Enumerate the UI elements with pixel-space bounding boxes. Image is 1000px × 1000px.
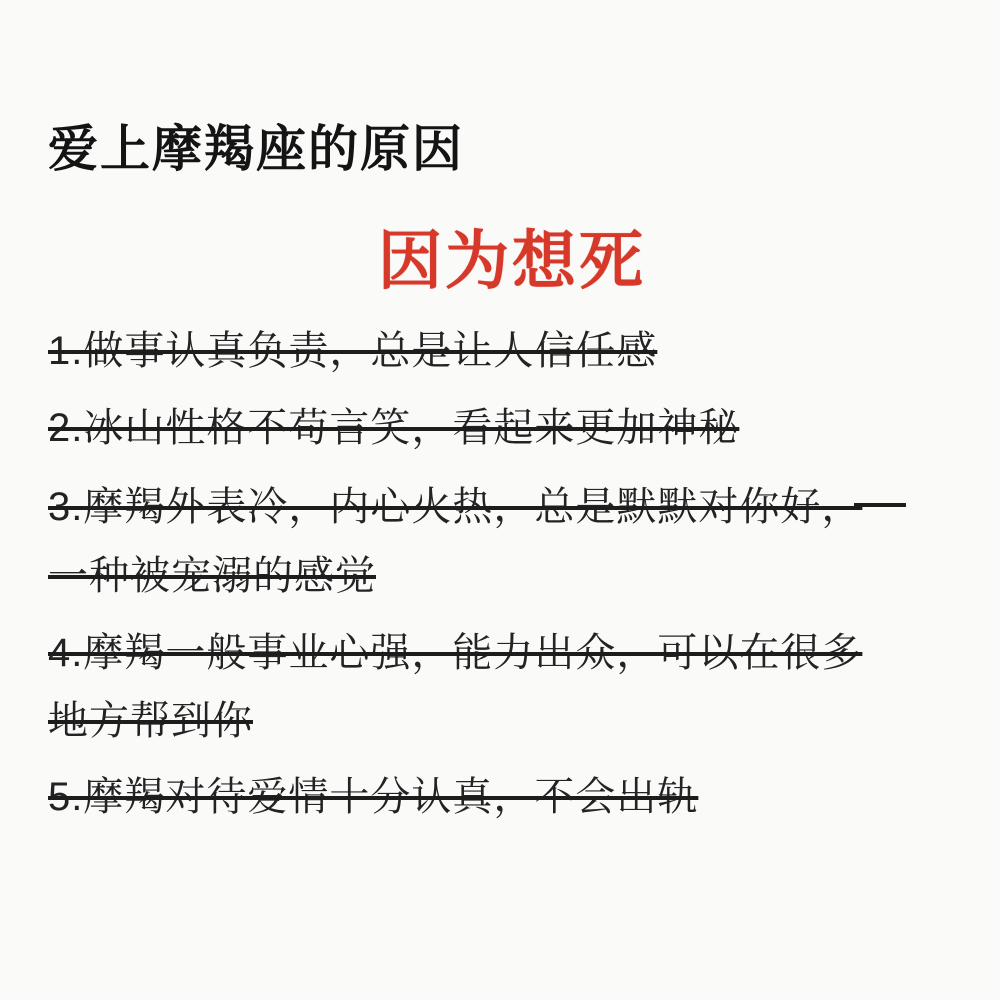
reason-5: 5.摩羯对待爱情十分认真，不会出轨 bbox=[48, 776, 698, 818]
reason-1: 1.做事认真负责，总是让人信任感 bbox=[48, 330, 657, 372]
reason-4-line-2: 地方帮到你 bbox=[48, 699, 253, 743]
reason-4-line-1: 4.摩羯一般事业心强，能力出众，可以在很多 bbox=[48, 631, 862, 675]
reason-3-line-2: 一种被宠溺的感觉 bbox=[48, 554, 376, 598]
reason-2: 2.冰山性格不苟言笑，看起来更加神秘 bbox=[48, 407, 739, 449]
reason-3-line-1: 3.摩羯外表冷，内心火热，总是默默对你好， bbox=[48, 485, 862, 529]
reason-4: 4.摩羯一般事业心强，能力出众，可以在很多 bbox=[48, 632, 862, 674]
meme-page: 爱上摩羯座的原因 因为想死 1.做事认真负责，总是让人信任感 2.冰山性格不苟言… bbox=[0, 0, 1000, 1000]
reason-5-line-1: 5.摩羯对待爱情十分认真，不会出轨 bbox=[48, 775, 698, 819]
page-title: 爱上摩羯座的原因 bbox=[48, 122, 464, 177]
reason-3: 3.摩羯外表冷，内心火热，总是默默对你好， bbox=[48, 486, 906, 528]
reason-4-continued: 地方帮到你 bbox=[48, 700, 253, 742]
punchline-text: 因为想死 bbox=[378, 226, 646, 296]
reason-3-continued: 一种被宠溺的感觉 bbox=[48, 555, 376, 597]
reason-2-line-1: 2.冰山性格不苟言笑，看起来更加神秘 bbox=[48, 406, 739, 450]
reason-1-line-1: 1.做事认真负责，总是让人信任感 bbox=[48, 329, 657, 373]
strikethrough-extension bbox=[854, 503, 906, 507]
